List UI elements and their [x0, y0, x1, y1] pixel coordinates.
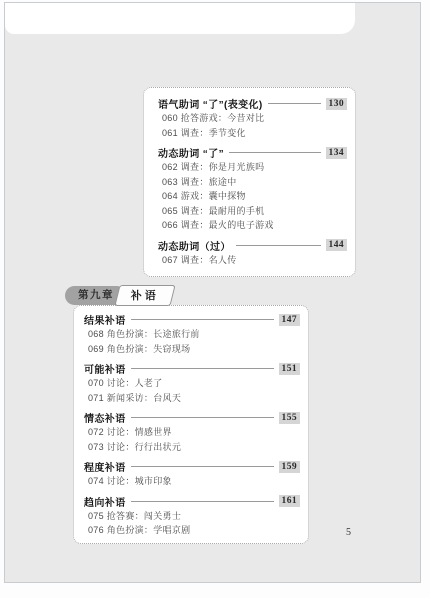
toc-entry: 072 讨论：情感世界 — [84, 425, 300, 440]
scanned-page: 语气助词 “了”(表变化)130060 抢答游戏：今昔对比061 调查：季节变化… — [4, 2, 421, 583]
toc-section: 趋向补语161075 抢答赛：闯关勇士076 角色扮演：学唱京剧 — [84, 494, 300, 538]
page-number-badge: 151 — [279, 363, 300, 375]
section-header-row: 动态助词 “了”134 — [158, 145, 347, 160]
toc-entry: 075 抢答赛：闯关勇士 — [84, 509, 300, 524]
section-header-row: 语气助词 “了”(表变化)130 — [158, 96, 347, 111]
toc-section: 结果补语147068 角色扮演：长途旅行前069 角色扮演：失窃现场 — [84, 312, 300, 356]
toc-entry: 066 调查：最火的电子游戏 — [158, 218, 347, 233]
toc-entry: 062 调查：你是月光族吗 — [158, 160, 347, 175]
chapter-tab: 第九章 补语 — [65, 284, 173, 306]
header-card — [5, 3, 355, 34]
toc-entry: 076 角色扮演：学唱京剧 — [84, 523, 300, 538]
section-header-row: 结果补语147 — [84, 312, 300, 327]
toc-section: 动态助词 “了”134062 调查：你是月光族吗063 调查：旅途中064 游戏… — [158, 145, 347, 233]
section-header-row: 趋向补语161 — [84, 494, 300, 509]
leader-line — [131, 417, 274, 418]
page-number-badge: 159 — [279, 461, 300, 473]
section-header-row: 动态助词（过）144 — [158, 238, 347, 253]
page-number-badge: 155 — [279, 412, 300, 424]
chapter-title: 补语 — [131, 290, 159, 303]
section-title: 动态助词（过） — [158, 238, 231, 253]
toc-entry: 064 游戏：囊中探物 — [158, 189, 347, 204]
toc-entry: 063 调查：旅途中 — [158, 175, 347, 190]
bottom-toc-box: 结果补语147068 角色扮演：长途旅行前069 角色扮演：失窃现场可能补语15… — [73, 305, 309, 544]
toc-entry: 073 讨论：行行出状元 — [84, 440, 300, 455]
toc-section: 可能补语151070 讨论：人老了071 新闻采访：台风天 — [84, 361, 300, 405]
page-number-badge: 147 — [279, 314, 300, 326]
toc-entry: 071 新闻采访：台风天 — [84, 391, 300, 406]
toc-section: 动态助词（过）144067 调查：名人传 — [158, 238, 347, 268]
leader-line — [268, 103, 321, 104]
toc-entry: 065 调查：最耐用的手机 — [158, 204, 347, 219]
section-title: 结果补语 — [84, 312, 126, 327]
toc-entry: 069 角色扮演：失窃现场 — [84, 342, 300, 357]
section-header-row: 程度补语159 — [84, 459, 300, 474]
leader-line — [131, 368, 274, 369]
toc-entry: 060 抢答游戏：今昔对比 — [158, 111, 347, 126]
toc-section: 情态补语155072 讨论：情感世界073 讨论：行行出状元 — [84, 410, 300, 454]
toc-entry: 068 角色扮演：长途旅行前 — [84, 327, 300, 342]
section-title: 可能补语 — [84, 361, 126, 376]
section-title: 语气助词 “了”(表变化) — [158, 96, 263, 111]
leader-line — [229, 152, 321, 153]
top-toc-box: 语气助词 “了”(表变化)130060 抢答游戏：今昔对比061 调查：季节变化… — [143, 87, 356, 277]
page-number-badge: 134 — [326, 147, 347, 159]
section-title: 趋向补语 — [84, 494, 126, 509]
page-number-badge: 130 — [326, 98, 347, 110]
section-title: 情态补语 — [84, 410, 126, 425]
toc-entry: 070 讨论：人老了 — [84, 376, 300, 391]
page-number-badge: 144 — [326, 239, 347, 251]
section-header-row: 情态补语155 — [84, 410, 300, 425]
leader-line — [131, 466, 274, 467]
toc-entry: 067 调查：名人传 — [158, 253, 347, 268]
section-title: 动态助词 “了” — [158, 145, 224, 160]
toc-section: 语气助词 “了”(表变化)130060 抢答游戏：今昔对比061 调查：季节变化 — [158, 96, 347, 140]
leader-line — [131, 501, 274, 502]
toc-entry: 061 调查：季节变化 — [158, 126, 347, 141]
chapter-title-tab: 补语 — [114, 285, 175, 306]
leader-line — [131, 319, 274, 320]
page-number: 5 — [346, 527, 351, 538]
page-number-badge: 161 — [279, 495, 300, 507]
toc-section: 程度补语159074 讨论：城市印象 — [84, 459, 300, 489]
section-header-row: 可能补语151 — [84, 361, 300, 376]
section-title: 程度补语 — [84, 459, 126, 474]
toc-entry: 074 讨论：城市印象 — [84, 474, 300, 489]
leader-line — [236, 245, 321, 246]
